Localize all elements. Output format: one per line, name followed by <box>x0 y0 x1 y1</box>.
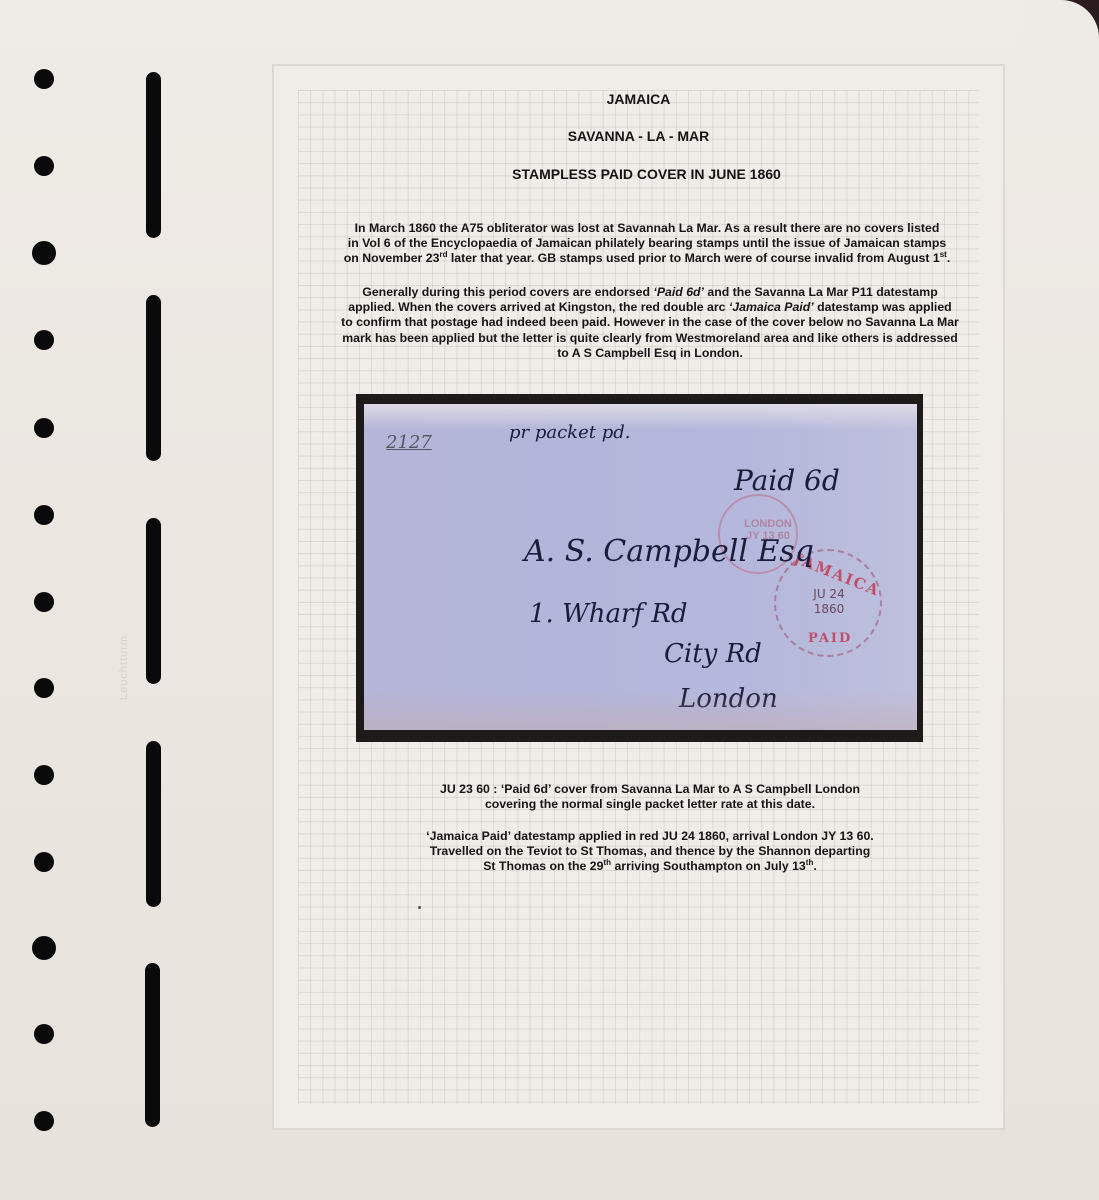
paper-watermark: Leuchtturm <box>118 500 132 700</box>
packet-endorsement: pr packet pd. <box>509 422 630 443</box>
paper-mark <box>418 906 421 909</box>
binder-slot <box>146 295 161 461</box>
binder-hole <box>34 1111 54 1131</box>
binder-hole <box>32 241 56 265</box>
binder-hole <box>34 69 54 89</box>
context-line: Generally during this period covers are … <box>318 285 982 300</box>
page-heading: STAMPLESS PAID COVER IN JUNE 1860 <box>272 166 1021 182</box>
caption-line: covering the normal single packet letter… <box>400 797 900 812</box>
binder-hole <box>34 852 54 872</box>
intro-paragraph: In March 1860 the A75 obliterator was lo… <box>320 221 974 267</box>
binder-hole <box>32 936 56 960</box>
caption-line: JU 23 60 : ‘Paid 6d’ cover from Savanna … <box>400 782 900 797</box>
address-line: City Rd <box>664 639 762 669</box>
datestamp-date: JU 24 1860 <box>804 587 854 617</box>
context-line: mark has been applied but the letter is … <box>318 331 982 346</box>
binder-hole <box>34 505 54 525</box>
datestamp-date-line: JU 24 <box>804 587 854 602</box>
address-line: A. S. Campbell Esq <box>524 534 814 569</box>
context-line: to confirm that postage had indeed been … <box>318 315 982 330</box>
docket-number: 2127 <box>386 432 432 453</box>
binder-slot <box>146 518 161 684</box>
binder-hole <box>34 678 54 698</box>
binder-hole <box>34 1024 54 1044</box>
binder-slot <box>145 963 160 1127</box>
caption-line: ‘Jamaica Paid’ datestamp applied in red … <box>400 829 900 844</box>
context-paragraph: Generally during this period covers are … <box>318 285 982 361</box>
binder-hole <box>34 592 54 612</box>
page-corner <box>1019 0 1099 80</box>
caption-line: Travelled on the Teviot to St Thomas, an… <box>400 844 900 859</box>
rate-marking: Paid 6d <box>734 464 840 497</box>
binder-hole <box>34 418 54 438</box>
page-title: JAMAICA <box>272 91 1005 107</box>
intro-line: In March 1860 the A75 obliterator was lo… <box>320 221 974 236</box>
caption-line: St Thomas on the 29th arriving Southampt… <box>400 859 900 874</box>
binder-hole <box>34 330 54 350</box>
intro-line: on November 23rd later that year. GB sta… <box>320 251 974 266</box>
binder-slot <box>146 72 161 238</box>
album-page: Leuchtturm JAMAICA SAVANNA - LA - MAR ST… <box>0 0 1099 1200</box>
route-caption: ‘Jamaica Paid’ datestamp applied in red … <box>400 829 900 875</box>
cover-caption: JU 23 60 : ‘Paid 6d’ cover from Savanna … <box>400 782 900 812</box>
binder-hole <box>34 156 54 176</box>
binder-slot <box>146 741 161 907</box>
postal-cover: 2127 pr packet pd. Paid 6d LONDON JY 13 … <box>364 404 917 730</box>
context-line: to A S Campbell Esq in London. <box>318 346 982 361</box>
address-line: 1. Wharf Rd <box>529 599 688 629</box>
context-line: applied. When the covers arrived at King… <box>318 300 982 315</box>
cover-mount: 2127 pr packet pd. Paid 6d LONDON JY 13 … <box>356 394 923 742</box>
datestamp-year-line: 1860 <box>804 602 854 617</box>
arc-bottom-text: PAID <box>808 631 852 646</box>
address-line: London <box>679 684 778 714</box>
binder-hole <box>34 765 54 785</box>
page-subtitle: SAVANNA - LA - MAR <box>272 128 1005 144</box>
intro-line: in Vol 6 of the Encyclopaedia of Jamaica… <box>320 236 974 251</box>
